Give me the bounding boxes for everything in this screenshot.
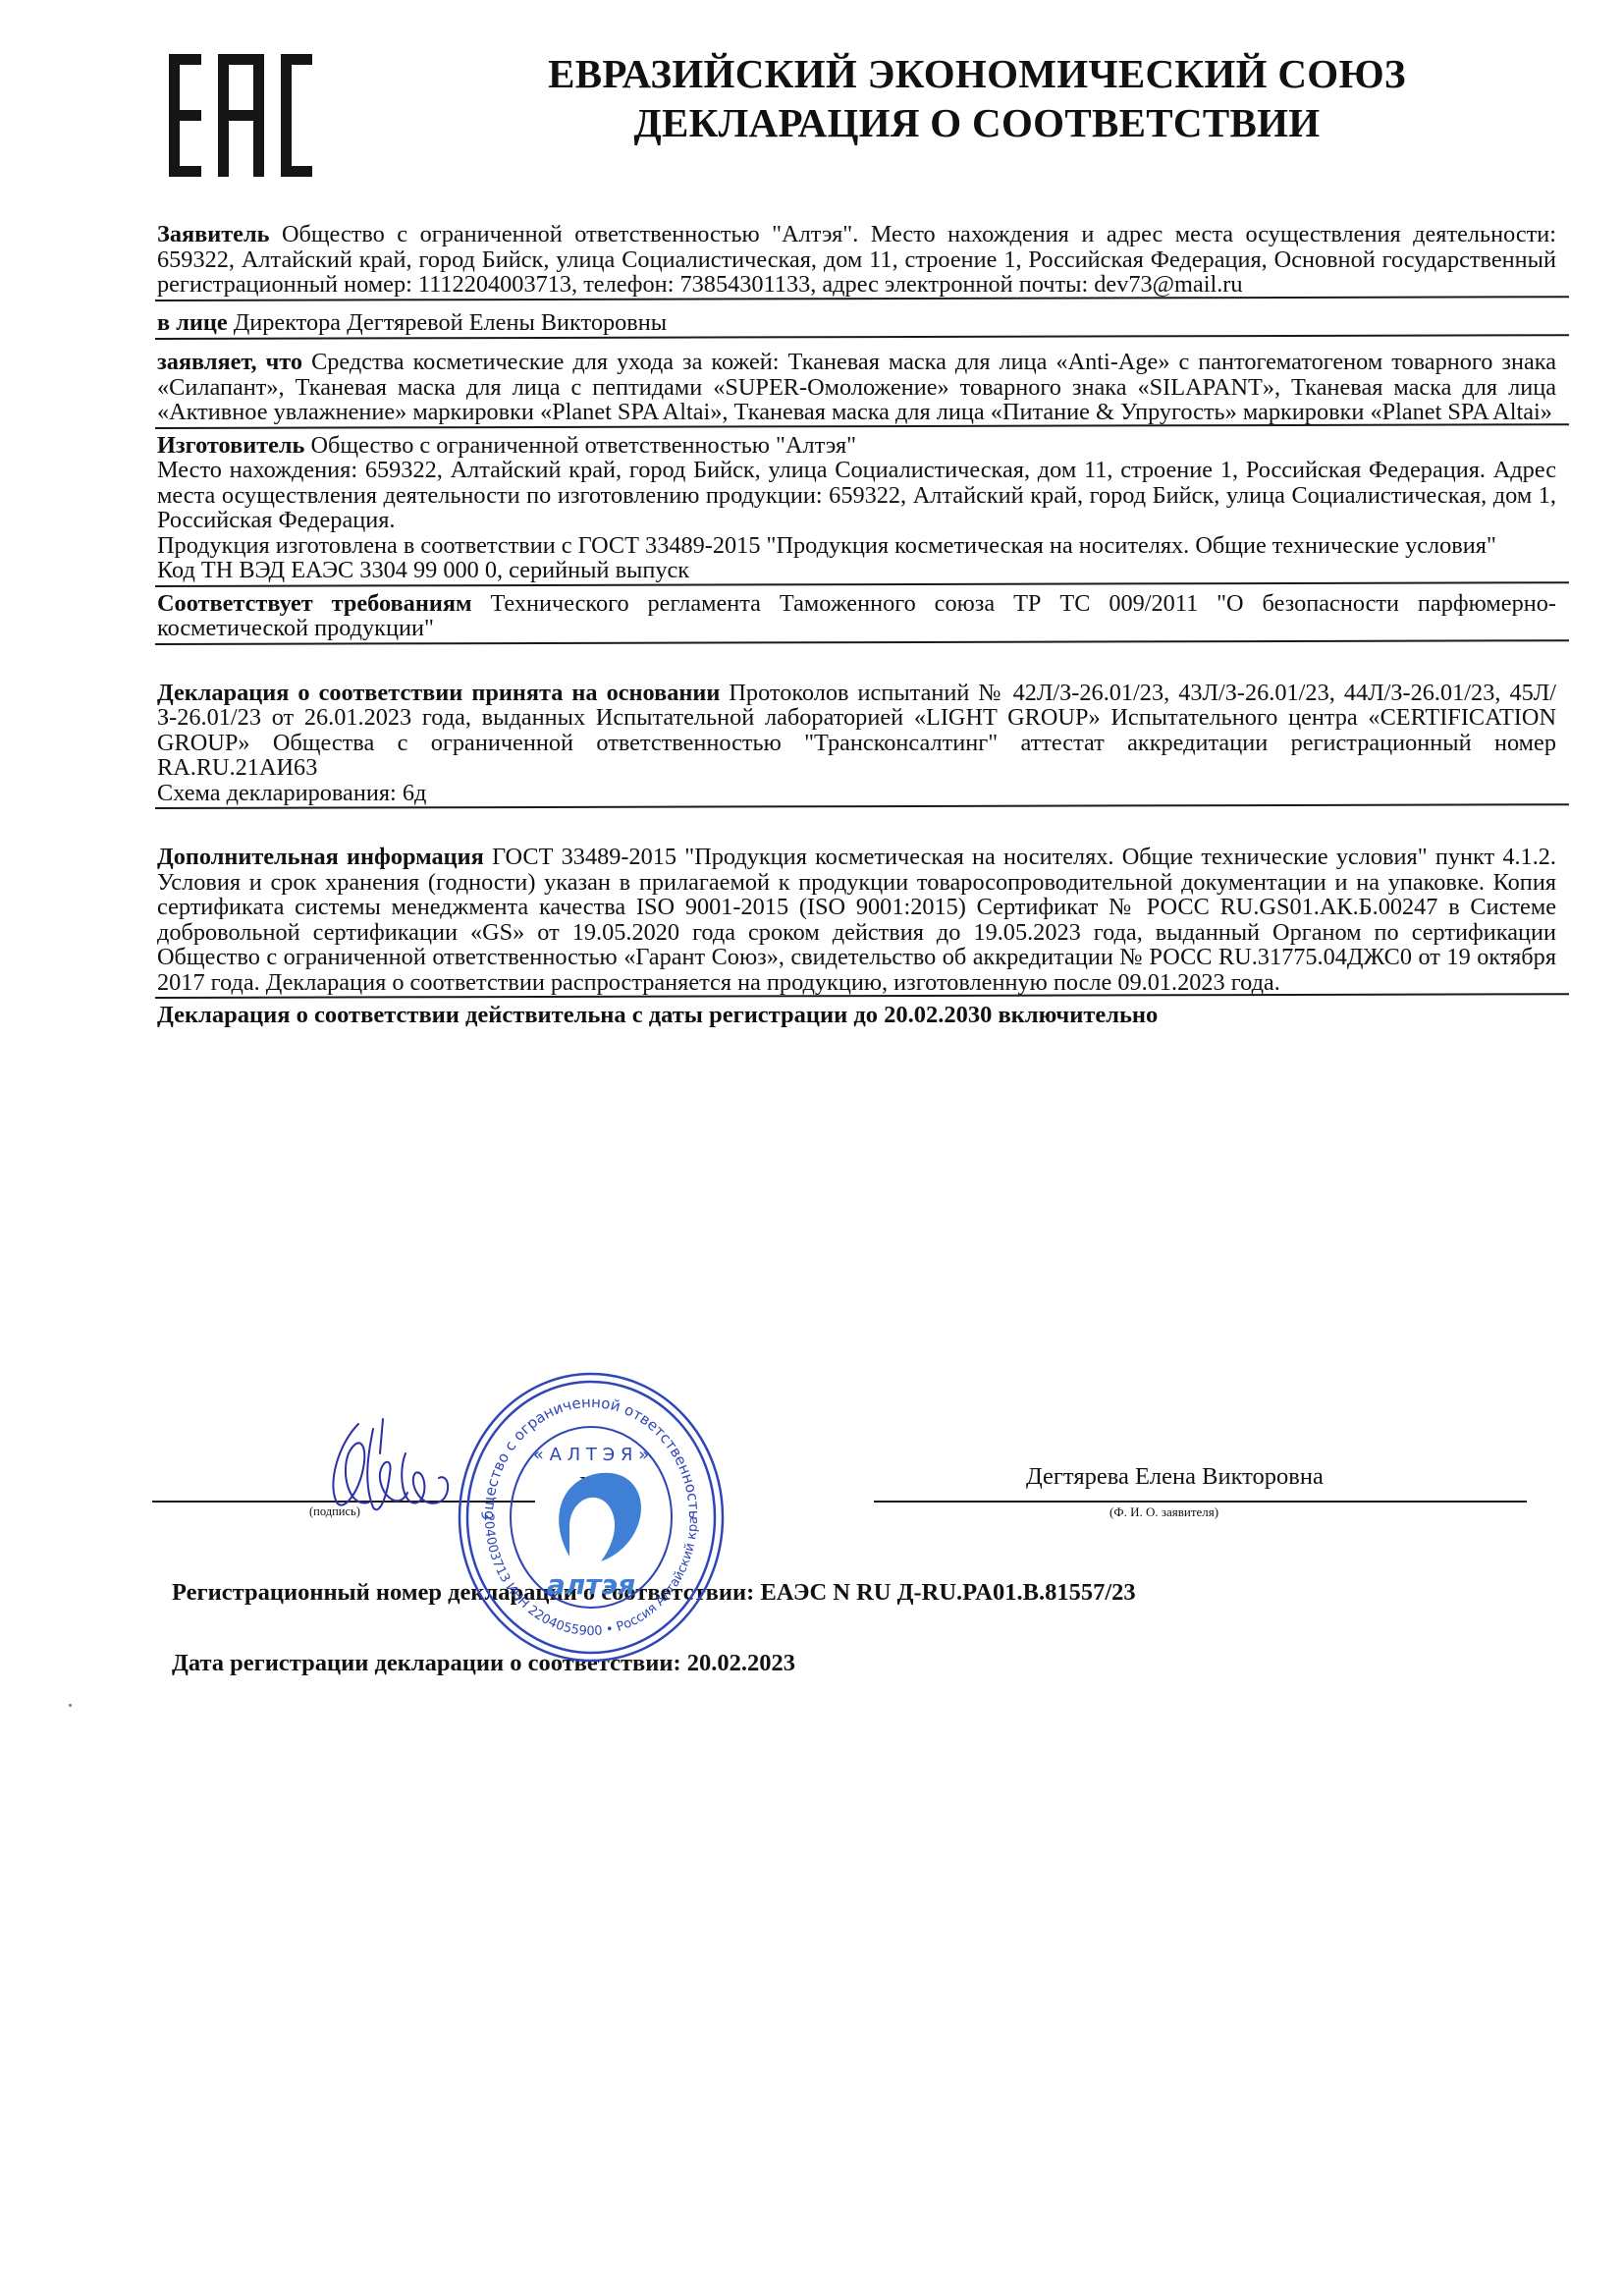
title-declaration: ДЕКЛАРАЦИЯ О СООТВЕТСТВИИ bbox=[461, 98, 1492, 147]
signature-caption: (подпись) bbox=[309, 1504, 360, 1519]
basis-label: Декларация о соответствии принята на осн… bbox=[157, 680, 720, 706]
signature-line bbox=[152, 1501, 535, 1503]
applicant-label: Заявитель bbox=[157, 221, 269, 247]
basis-scheme: Схема декларирования: 6д bbox=[157, 781, 1556, 806]
declaration-body: Заявитель Общество с ограниченной ответс… bbox=[157, 222, 1556, 1028]
additional-info-label: Дополнительная информация bbox=[157, 844, 484, 870]
represented-by-text: Директора Дегтяревой Елены Викторовны bbox=[234, 309, 667, 336]
section-applicant: Заявитель Общество с ограниченной ответс… bbox=[157, 222, 1556, 298]
signer-name: Дегтярева Елена Викторовна bbox=[1026, 1463, 1324, 1491]
validity-statement: Декларация о соответствии действительна … bbox=[157, 1003, 1556, 1028]
section-manufacturer: Изготовитель Общество с ограниченной отв… bbox=[157, 433, 1556, 459]
section-complies: Соответствует требованиям Технического р… bbox=[157, 591, 1556, 641]
registration-date-value: 20.02.2023 bbox=[687, 1650, 795, 1676]
section-represented-by: в лице Директора Дегтяревой Елены Виктор… bbox=[157, 310, 1556, 336]
registration-date-label: Дата регистрации декларации о соответств… bbox=[172, 1650, 681, 1676]
section-basis: Декларация о соответствии принята на осн… bbox=[157, 681, 1556, 781]
manufacturer-code: Код ТН ВЭД ЕАЭС 3304 99 000 0, серийный … bbox=[157, 558, 1556, 583]
manufacturer-standard: Продукция изготовлена в соответствии с Г… bbox=[157, 533, 1556, 559]
declares-text: Средства косметические для ухода за коже… bbox=[157, 349, 1556, 425]
declares-label: заявляет, что bbox=[157, 349, 302, 375]
manufacturer-address: Место нахождения: 659322, Алтайский край… bbox=[157, 458, 1556, 533]
represented-by-label: в лице bbox=[157, 309, 228, 336]
manufacturer-label: Изготовитель bbox=[157, 432, 304, 459]
section-additional-info: Дополнительная информация ГОСТ 33489-201… bbox=[157, 845, 1556, 995]
title-union: ЕВРАЗИЙСКИЙ ЭКОНОМИЧЕСКИЙ СОЮЗ bbox=[461, 49, 1492, 98]
registration-number-value: ЕАЭС N RU Д-RU.PA01.В.81557/23 bbox=[760, 1579, 1135, 1606]
scan-speck bbox=[69, 1704, 72, 1707]
registration-number-label: Регистрационный номер декларации о соотв… bbox=[172, 1579, 754, 1606]
document-title: ЕВРАЗИЙСКИЙ ЭКОНОМИЧЕСКИЙ СОЮЗ ДЕКЛАРАЦИ… bbox=[461, 49, 1492, 147]
complies-label: Соответствует требованиям bbox=[157, 590, 472, 617]
section-declares: заявляет, что Средства косметические для… bbox=[157, 350, 1556, 425]
registration-number: Регистрационный номер декларации о соотв… bbox=[172, 1579, 1136, 1607]
applicant-text: Общество с ограниченной ответственностью… bbox=[157, 221, 1556, 298]
signer-name-line bbox=[874, 1501, 1527, 1503]
seal-label: М.П. bbox=[579, 1473, 629, 1500]
registration-date: Дата регистрации декларации о соответств… bbox=[172, 1650, 795, 1677]
signer-name-caption: (Ф. И. О. заявителя) bbox=[1109, 1504, 1218, 1520]
eac-mark-icon bbox=[167, 54, 314, 177]
manufacturer-text: Общество с ограниченной ответственностью… bbox=[310, 432, 856, 459]
